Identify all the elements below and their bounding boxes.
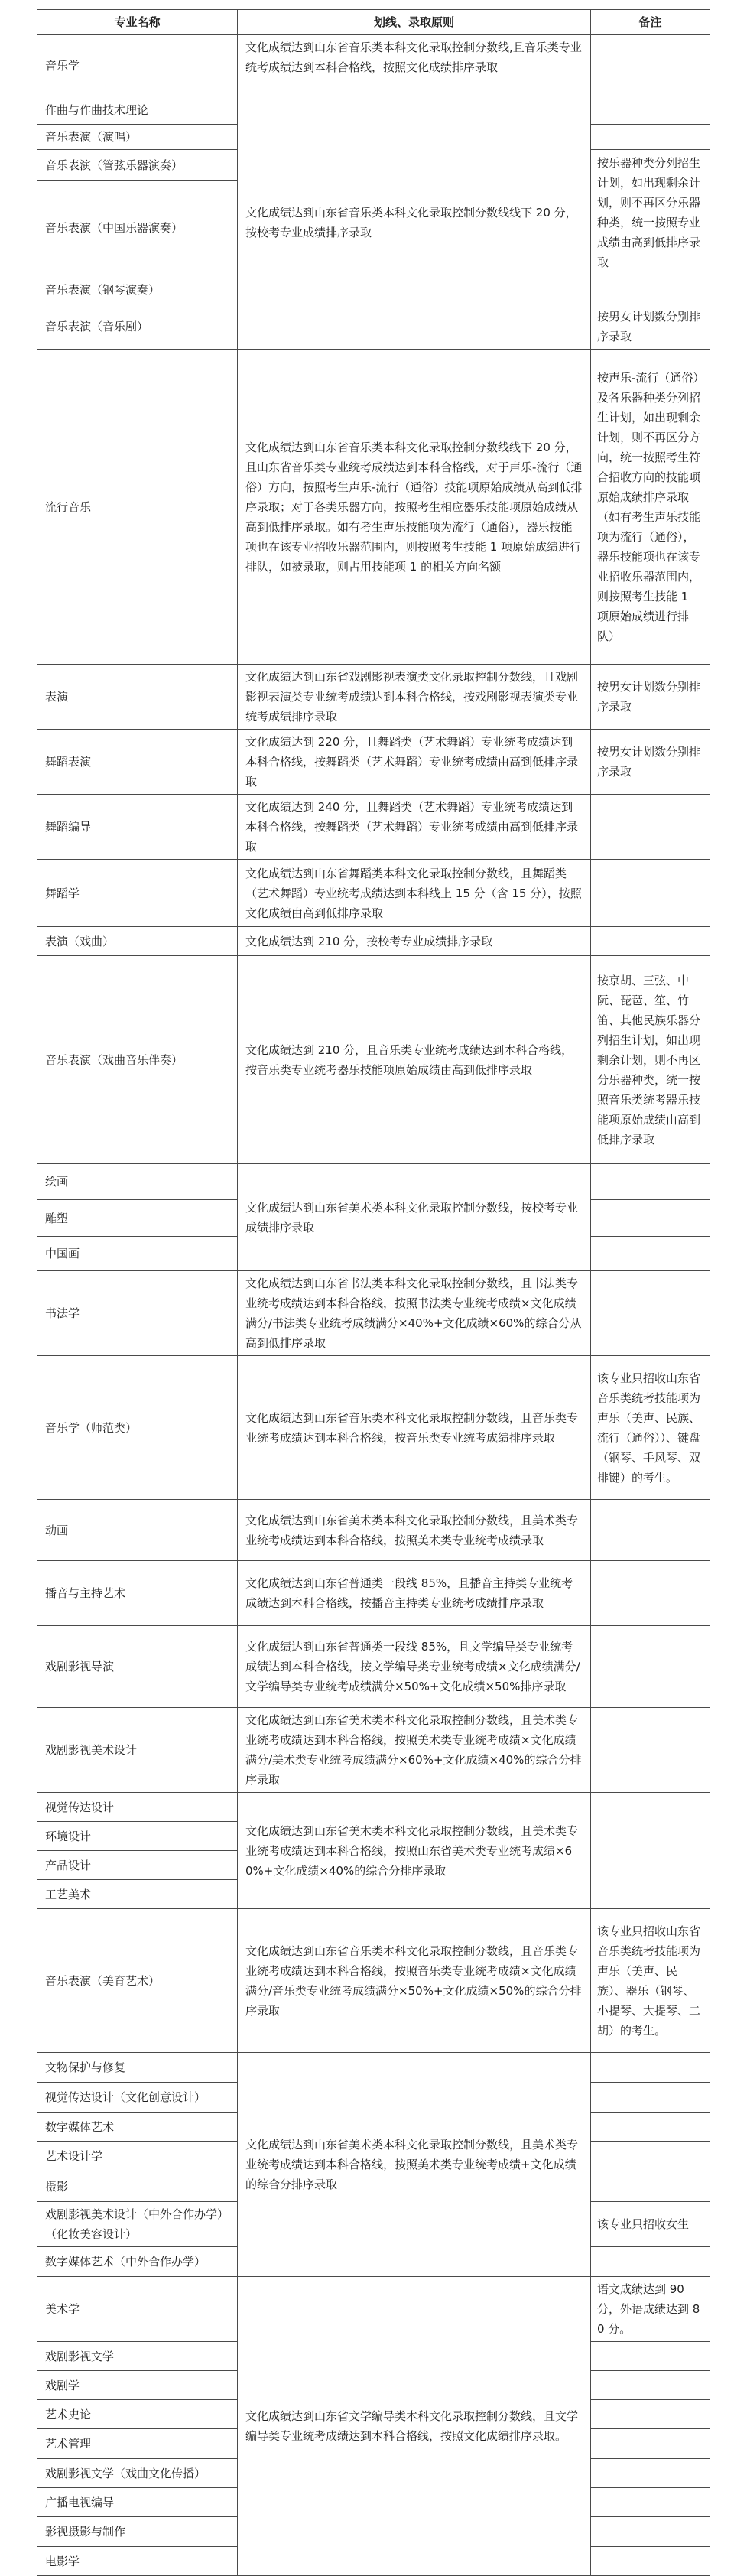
admission-rule: 文化成绩达到山东省普通类一段线 85%，且播音主持类专业统考成绩达到本科合格线，… [238, 1561, 591, 1626]
table-row: 文物保护与修复 文化成绩达到山东省美术类本科文化录取控制分数线，且美术类专业统考… [37, 2053, 710, 2083]
note [591, 2517, 710, 2547]
major-name: 戏剧学 [37, 2371, 238, 2400]
table-row: 音乐表演（戏曲音乐伴奏） 文化成绩达到 210 分，且音乐类专业统考成绩达到本科… [37, 956, 710, 1164]
major-name: 音乐表演（钢琴演奏） [37, 275, 238, 304]
admission-rule: 文化成绩达到山东省音乐类本科文化录取控制分数线，且音乐类专业统考成绩达到本科合格… [238, 1356, 591, 1500]
major-name: 绘画 [37, 1164, 238, 1200]
major-name: 中国画 [37, 1237, 238, 1271]
table-row: 音乐学（师范类） 文化成绩达到山东省音乐类本科文化录取控制分数线，且音乐类专业统… [37, 1356, 710, 1500]
admission-rule: 文化成绩达到山东省音乐类本科文化录取控制分数线线下 20 分，按校考专业成绩排序… [238, 96, 591, 350]
admission-rule: 文化成绩达到 220 分，且舞蹈类（艺术舞蹈）专业统考成绩达到本科合格线，按舞蹈… [238, 730, 591, 795]
note [591, 2247, 710, 2277]
major-name: 舞蹈学 [37, 860, 238, 927]
admission-rule: 文化成绩达到山东省书法类本科文化录取控制分数线，且书法类专业统考成绩达到本科合格… [238, 1271, 591, 1356]
table-row: 舞蹈学 文化成绩达到山东省舞蹈类本科文化录取控制分数线，且舞蹈类（艺术舞蹈）专业… [37, 860, 710, 927]
header-rule: 划线、录取原则 [238, 10, 591, 35]
note [591, 1500, 710, 1561]
note [591, 96, 710, 125]
major-name: 电影学 [37, 2547, 238, 2576]
admission-rule: 文化成绩达到山东省戏剧影视表演类文化录取控制分数线，且戏剧影视表演类专业统考成绩… [238, 665, 591, 730]
major-name: 音乐表演（中国乐器演奏） [37, 181, 238, 275]
admission-rule: 文化成绩达到 210 分，按校考专业成绩排序录取 [238, 927, 591, 956]
admission-rule: 文化成绩达到山东省美术类本科文化录取控制分数线，且美术类专业统考成绩达到本科合格… [238, 1793, 591, 1909]
major-name: 戏剧影视美术设计 [37, 1708, 238, 1793]
note: 语文成绩达到 90 分，外语成绩达到 80 分。 [591, 2277, 710, 2342]
major-name: 产品设计 [37, 1851, 238, 1880]
table-row: 音乐表演（美育艺术） 文化成绩达到山东省音乐类本科文化录取控制分数线，且音乐类专… [37, 1909, 710, 2053]
major-name: 视觉传达设计 [37, 1793, 238, 1822]
admission-rule: 文化成绩达到山东省普通类一段线 85%，且文学编导类专业统考成绩达到本科合格线，… [238, 1626, 591, 1708]
major-name: 视觉传达设计（文化创意设计） [37, 2083, 238, 2113]
table-row: 视觉传达设计 文化成绩达到山东省美术类本科文化录取控制分数线，且美术类专业统考成… [37, 1793, 710, 1822]
major-name: 播音与主持艺术 [37, 1561, 238, 1626]
note [591, 1237, 710, 1271]
note [591, 1626, 710, 1708]
admission-rule: 文化成绩达到山东省音乐类本科文化录取控制分数线线下 20 分，且山东省音乐类专业… [238, 350, 591, 665]
major-name: 音乐学 [37, 35, 238, 96]
major-name: 摄影 [37, 2171, 238, 2202]
major-name: 美术学 [37, 2277, 238, 2342]
note [591, 2113, 710, 2142]
table-row: 戏剧影视美术设计 文化成绩达到山东省美术类本科文化录取控制分数线，且美术类专业统… [37, 1708, 710, 1793]
header-major-name: 专业名称 [37, 10, 238, 35]
note: 该专业只招收女生 [591, 2202, 710, 2247]
table-row: 舞蹈编导 文化成绩达到 240 分，且舞蹈类（艺术舞蹈）专业统考成绩达到本科合格… [37, 795, 710, 860]
note [591, 2171, 710, 2202]
note: 按男女计划数分别排序录取 [591, 665, 710, 730]
major-name: 戏剧影视文学 [37, 2342, 238, 2371]
note [591, 927, 710, 956]
major-name: 音乐表演（音乐剧） [37, 304, 238, 350]
note [591, 2547, 710, 2576]
major-name: 戏剧影视美术设计（中外合作办学）（化妆美容设计） [37, 2202, 238, 2247]
major-name: 表演 [37, 665, 238, 730]
table-row: 音乐学 文化成绩达到山东省音乐类本科文化录取控制分数线,且音乐类专业统考成绩达到… [37, 35, 710, 96]
major-name: 音乐表演（戏曲音乐伴奏） [37, 956, 238, 1164]
admission-rule: 文化成绩达到山东省音乐类本科文化录取控制分数线,且音乐类专业统考成绩达到本科合格… [238, 35, 591, 96]
table-row: 舞蹈表演 文化成绩达到 220 分，且舞蹈类（艺术舞蹈）专业统考成绩达到本科合格… [37, 730, 710, 795]
major-name: 戏剧影视文学（戏曲文化传播） [37, 2459, 238, 2488]
major-name: 艺术管理 [37, 2429, 238, 2459]
note [591, 1708, 710, 1793]
major-name: 环境设计 [37, 1822, 238, 1851]
admission-rules-table: 专业名称 划线、录取原则 备注 音乐学 文化成绩达到山东省音乐类本科文化录取控制… [37, 9, 710, 2576]
table-header-row: 专业名称 划线、录取原则 备注 [37, 10, 710, 35]
major-name: 音乐表演（管弦乐器演奏） [37, 150, 238, 181]
major-name: 动画 [37, 1500, 238, 1561]
major-name: 影视摄影与制作 [37, 2517, 238, 2547]
major-name: 表演（戏曲） [37, 927, 238, 956]
note: 按京胡、三弦、中阮、琵琶、笙、竹笛、其他民族乐器分列招生计划，如出现剩余计划，则… [591, 956, 710, 1164]
major-name: 广播电视编导 [37, 2488, 238, 2517]
note [591, 1561, 710, 1626]
note [591, 2400, 710, 2429]
note [591, 2083, 710, 2113]
header-note: 备注 [591, 10, 710, 35]
admission-rule: 文化成绩达到山东省美术类本科文化录取控制分数线，且美术类专业统考成绩达到本科合格… [238, 1500, 591, 1561]
note [591, 125, 710, 150]
note: 该专业只招收山东省音乐类统考技能项为声乐（美声、民族）、器乐（钢琴、小提琴、大提… [591, 1909, 710, 2053]
major-name: 雕塑 [37, 1200, 238, 1237]
note: 该专业只招收山东省音乐类统考技能项为声乐（美声、民族、流行（通俗））、键盘（钢琴… [591, 1356, 710, 1500]
note [591, 35, 710, 96]
note [591, 1793, 710, 1909]
major-name: 艺术史论 [37, 2400, 238, 2429]
table-row: 戏剧影视导演 文化成绩达到山东省普通类一段线 85%，且文学编导类专业统考成绩达… [37, 1626, 710, 1708]
admission-rule: 文化成绩达到山东省美术类本科文化录取控制分数线，且美术类专业统考成绩达到本科合格… [238, 2053, 591, 2277]
major-name: 数字媒体艺术 [37, 2113, 238, 2142]
note [591, 2142, 710, 2171]
table-row: 美术学 文化成绩达到山东省文学编导类本科文化录取控制分数线，且文学编导类专业统考… [37, 2277, 710, 2342]
table-row: 表演（戏曲） 文化成绩达到 210 分，按校考专业成绩排序录取 [37, 927, 710, 956]
note [591, 1164, 710, 1200]
admission-rule: 文化成绩达到山东省美术类本科文化录取控制分数线，按校考专业成绩排序录取 [238, 1164, 591, 1271]
table-row: 动画 文化成绩达到山东省美术类本科文化录取控制分数线，且美术类专业统考成绩达到本… [37, 1500, 710, 1561]
note [591, 1200, 710, 1237]
admission-rule: 文化成绩达到山东省舞蹈类本科文化录取控制分数线，且舞蹈类（艺术舞蹈）专业统考成绩… [238, 860, 591, 927]
major-name: 流行音乐 [37, 350, 238, 665]
major-name: 数字媒体艺术（中外合作办学） [37, 2247, 238, 2277]
table-row: 绘画 文化成绩达到山东省美术类本科文化录取控制分数线，按校考专业成绩排序录取 [37, 1164, 710, 1200]
note [591, 2459, 710, 2488]
table-row: 作曲与作曲技术理论 文化成绩达到山东省音乐类本科文化录取控制分数线线下 20 分… [37, 96, 710, 125]
admission-rule: 文化成绩达到山东省文学编导类本科文化录取控制分数线，且文学编导类专业统考成绩达到… [238, 2277, 591, 2576]
table-row: 播音与主持艺术 文化成绩达到山东省普通类一段线 85%，且播音主持类专业统考成绩… [37, 1561, 710, 1626]
major-name: 书法学 [37, 1271, 238, 1356]
major-name: 音乐学（师范类） [37, 1356, 238, 1500]
major-name: 文物保护与修复 [37, 2053, 238, 2083]
major-name: 作曲与作曲技术理论 [37, 96, 238, 125]
major-name: 戏剧影视导演 [37, 1626, 238, 1708]
major-name: 舞蹈编导 [37, 795, 238, 860]
table-row: 表演 文化成绩达到山东省戏剧影视表演类文化录取控制分数线，且戏剧影视表演类专业统… [37, 665, 710, 730]
admission-rule: 文化成绩达到山东省音乐类本科文化录取控制分数线，且音乐类专业统考成绩达到本科合格… [238, 1909, 591, 2053]
note [591, 860, 710, 927]
note [591, 795, 710, 860]
note [591, 1271, 710, 1356]
admission-rule: 文化成绩达到山东省美术类本科文化录取控制分数线，且美术类专业统考成绩达到本科合格… [238, 1708, 591, 1793]
admission-rule: 文化成绩达到 240 分，且舞蹈类（艺术舞蹈）专业统考成绩达到本科合格线，按舞蹈… [238, 795, 591, 860]
note [591, 2488, 710, 2517]
note [591, 2053, 710, 2083]
major-name: 舞蹈表演 [37, 730, 238, 795]
note: 按乐器种类分列招生计划，如出现剩余计划，则不再区分乐器种类，统一按照专业成绩由高… [591, 150, 710, 275]
note [591, 2342, 710, 2371]
major-name: 音乐表演（美育艺术） [37, 1909, 238, 2053]
admission-rule: 文化成绩达到 210 分，且音乐类专业统考成绩达到本科合格线，按音乐类专业统考器… [238, 956, 591, 1164]
note: 按男女计划数分别排序录取 [591, 304, 710, 350]
major-name: 音乐表演（演唱） [37, 125, 238, 150]
major-name: 工艺美术 [37, 1880, 238, 1909]
note [591, 2371, 710, 2400]
note: 按男女计划数分别排序录取 [591, 730, 710, 795]
major-name: 艺术设计学 [37, 2142, 238, 2171]
note [591, 275, 710, 304]
table-row: 流行音乐 文化成绩达到山东省音乐类本科文化录取控制分数线线下 20 分，且山东省… [37, 350, 710, 665]
note: 按声乐-流行（通俗）及各乐器种类分列招生计划，如出现剩余计划，则不再区分方向，统… [591, 350, 710, 665]
table-row: 书法学 文化成绩达到山东省书法类本科文化录取控制分数线，且书法类专业统考成绩达到… [37, 1271, 710, 1356]
note [591, 2429, 710, 2459]
